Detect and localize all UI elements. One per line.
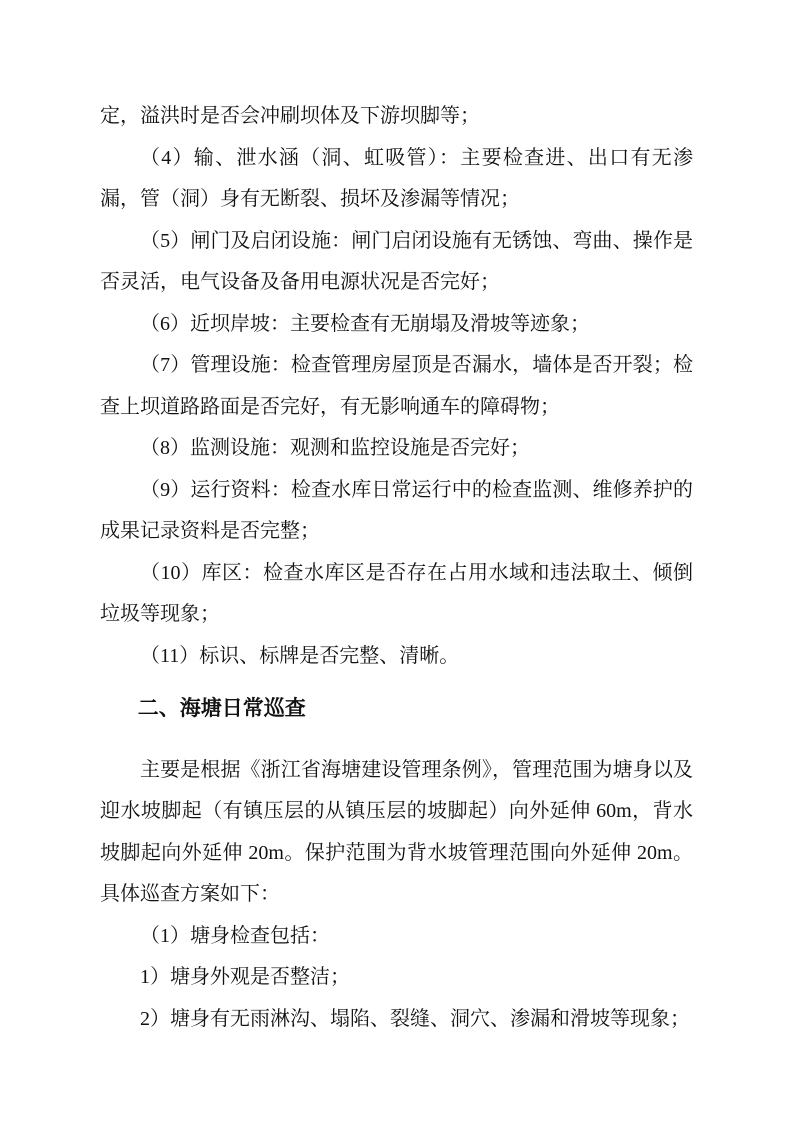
paragraph: （1）塘身检查包括： xyxy=(100,916,693,958)
paragraph: （9）运行资料：检查水库日常运行中的检查监测、维修养护的成果记录资料是否完整； xyxy=(100,470,693,553)
paragraph: （8）监测设施：观测和监控设施是否完好； xyxy=(100,428,693,470)
paragraph: 2）塘身有无雨淋沟、塌陷、裂缝、洞穴、渗漏和滑坡等现象； xyxy=(100,999,693,1041)
paragraph: 定，溢洪时是否会冲刷坝体及下游坝脚等； xyxy=(100,96,693,138)
paragraph: （6）近坝岸坡：主要检查有无崩塌及滑坡等迹象； xyxy=(100,304,693,346)
section-heading: 二、海塘日常巡查 xyxy=(100,688,693,730)
paragraph: 1）塘身外观是否整洁； xyxy=(100,957,693,999)
paragraph: （4）输、泄水涵（洞、虹吸管）：主要检查进、出口有无渗漏，管（洞）身有无断裂、损… xyxy=(100,138,693,221)
paragraph: 主要是根据《浙江省海塘建设管理条例》，管理范围为塘身以及迎水坡脚起（有镇压层的从… xyxy=(100,750,693,916)
paragraph: （10）库区：检查水库区是否存在占用水域和违法取土、倾倒垃圾等现象； xyxy=(100,553,693,636)
paragraph: （7）管理设施：检查管理房屋顶是否漏水，墙体是否开裂；检查上坝道路路面是否完好，… xyxy=(100,345,693,428)
document-content: 定，溢洪时是否会冲刷坝体及下游坝脚等；（4）输、泄水涵（洞、虹吸管）：主要检查进… xyxy=(100,96,693,1040)
document-page: 定，溢洪时是否会冲刷坝体及下游坝脚等；（4）输、泄水涵（洞、虹吸管）：主要检查进… xyxy=(0,0,793,1122)
paragraph: （11）标识、标牌是否完整、清晰。 xyxy=(100,636,693,678)
paragraph: （5）闸门及启闭设施：闸门启闭设施有无锈蚀、弯曲、操作是否灵活，电气设备及备用电… xyxy=(100,221,693,304)
